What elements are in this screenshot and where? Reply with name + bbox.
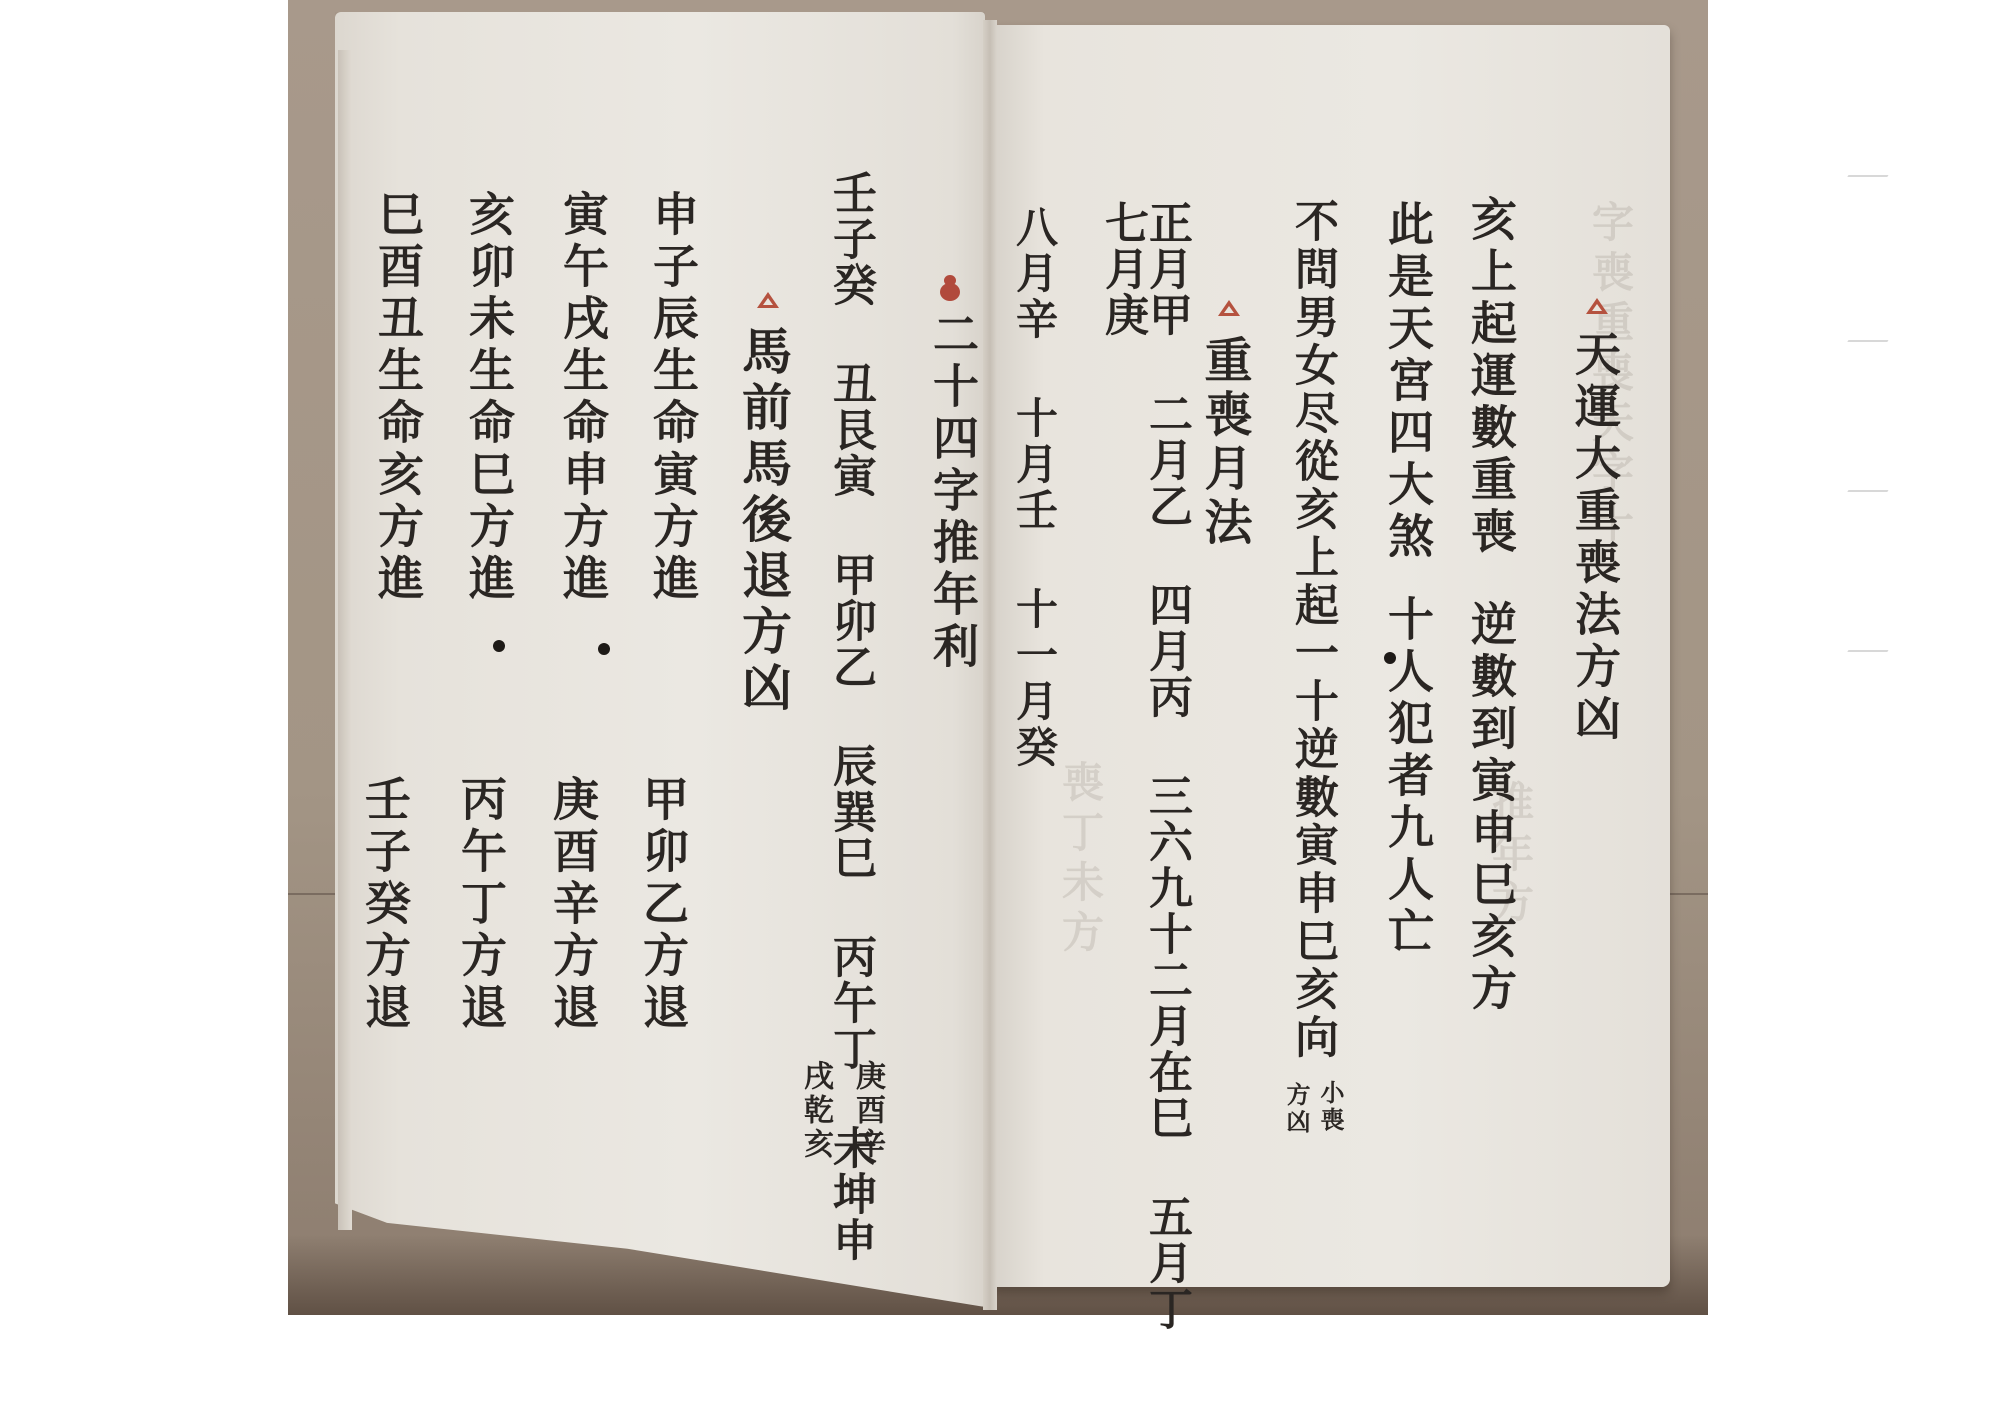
left-col-4-lower: 甲卯乙方退 [640, 775, 686, 1035]
left-col-6-upper: 亥卯未生命巳方進 [466, 190, 512, 606]
red-triangle-marker [1586, 298, 1608, 316]
red-triangle-marker [757, 292, 779, 310]
left-col-5-lower: 庚酉辛方退 [550, 775, 596, 1035]
right-col-3-lower: 十人犯者九人亡 [1385, 595, 1431, 959]
left-col-2-annotation-right: 庚酉辛 [852, 1060, 882, 1162]
right-col-2-lower: 逆數到寅申巳亥方 [1468, 600, 1514, 1016]
right-col-6-months: 正月甲 二月乙 四月丙 三六九十二月在巳 五月丁 七月庚 [1100, 200, 1188, 1414]
right-col-4-annotation-b: 方凶 [1284, 1082, 1308, 1136]
left-col-2-annotation-left: 戌乾亥 [800, 1060, 830, 1162]
red-triangle-marker [1218, 300, 1240, 318]
right-col-5-title: 重喪月法 [1200, 335, 1248, 551]
margin-artifact [1842, 340, 1889, 352]
left-col-7-lower: 壬子癸方退 [362, 775, 408, 1035]
right-col-2-upper: 亥上起運數重喪 [1468, 195, 1514, 559]
left-col-5-upper: 寅午戌生命申方進 [560, 190, 606, 606]
right-col-4-annotation-a: 小喪 [1318, 1080, 1342, 1134]
right-col-4: 不問男女尽從亥上起一十逆數寅申巳亥向 [1290, 198, 1334, 1062]
left-col-3-title: 馬前馬後退方凶 [738, 325, 788, 717]
board-seam-right [1668, 893, 1708, 895]
left-col-6-lower: 丙午丁方退 [458, 775, 504, 1035]
left-page-edge [338, 50, 352, 1230]
left-col-1-title: 二十四字推年利 [930, 310, 976, 674]
right-col-1-title: 天運大重喪法方凶 [1572, 330, 1618, 746]
left-col-4-upper: 申子辰生命寅方進 [650, 190, 696, 606]
margin-artifact [1842, 175, 1889, 187]
margin-artifact [1842, 650, 1889, 662]
margin-artifact [1842, 490, 1889, 502]
right-col-7-months: 八月辛 十月壬 十一月癸 [1013, 205, 1055, 771]
left-col-7-upper: 巳酉丑生命亥方進 [375, 190, 421, 606]
emphasis-dot [493, 640, 505, 652]
right-col-3-upper: 此是天宮四大煞 [1385, 200, 1431, 564]
red-gourd-marker [940, 275, 962, 293]
emphasis-dot [598, 643, 610, 655]
book-spine [983, 20, 997, 1310]
